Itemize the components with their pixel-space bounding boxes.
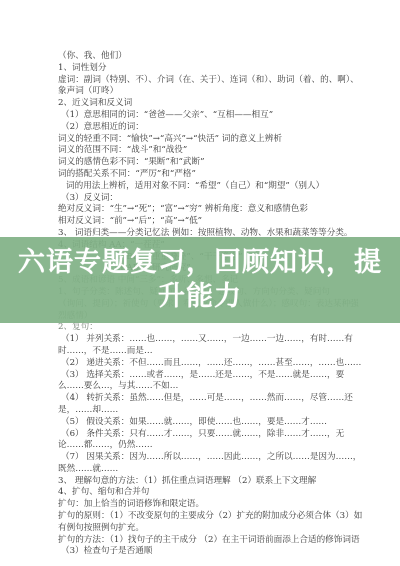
doc-line: 扩句的方法：（1）找句子的主干成分 （2）在主干词语前面添上合适的修饰词语 [58,535,353,547]
banner-title: 六语专题复习，回顾知识，提升能力 [5,246,395,314]
doc-line: 相对反义词：“前”→“后”；“高”→“低” [58,216,353,228]
doc-line: （3） 选择关系：……或者……，是……还是……，不是……就是……，要 [58,370,353,382]
doc-line: （2） 递进关系：不但……而且……，……还……，……甚至……，……也…… [58,358,353,370]
doc-line: 绝对反义词：“生”→“死”；“富”→“穷” 辨析角度：意义和感情色彩 [58,204,353,216]
doc-line: （4） 转折关系：虽然……但是，……可是……，……然而……，尽管……还 [58,393,353,405]
doc-line: （1） 并列关系：……也……，……又……，一边……一边……，有时……有 [58,334,353,346]
section-heading: 3、 理解句意的方法：（1）抓住重点词语理解 （2）联系上下文理解 [58,476,353,488]
section-heading: 2、复句： [58,322,353,334]
section-heading: 4、扩句、缩句和合并句 [58,487,353,499]
doc-line: 象声词（叮咚） [58,86,353,98]
doc-line: （3）反义词： [58,193,353,205]
section-heading: 1、词性划分 [58,63,353,75]
doc-line: （1）意思相同的词：“爸爸——父亲”、“互相——相互” [58,110,353,122]
doc-line: 虚词：副词（特别、不）、介词（在、关于）、连词（和）、助词（着、的、啊）、 [58,75,353,87]
doc-line: 是，……却…… [58,405,353,417]
doc-line: 词的用法上辨析，适用对象不同：“希望”（自己）和“期望”（别人） [58,181,353,193]
doc-line: 么……要么…，与其……不如… [58,381,353,393]
section-heading: 2、近义词和反义词 [58,98,353,110]
doc-line: （7） 因果关系：因为……所以……，……因此……，之所以……是因为……， [58,452,353,464]
doc-line: 词义的范围不同：“战斗”和“战役” [58,145,353,157]
doc-line: 有例句按照例句扩充。 [58,523,353,535]
doc-line: （3）检查句子是否通顺 [58,546,353,558]
doc-line: 论……都……，仍然…… [58,440,353,452]
doc-line: （6） 条件关系：只有……才……，只要……就……，除非……才……，无 [58,429,353,441]
doc-line: 扩句的原则：（1）不改变原句的主要成分（2）扩充的附加成分必须合体（3）如 [58,511,353,523]
doc-line: 词的搭配关系不同：“严厉”和“严格” [58,169,353,181]
doc-line: （你、我、他们） [58,51,353,63]
doc-line: 词义的感情色彩不同：“果断”和“武断” [58,157,353,169]
doc-line: （5） 假设关系：如果……就……，即使……也……，要是……才…… [58,417,353,429]
doc-line: 扩句：加上恰当的词语修饰和限定语。 [58,499,353,511]
title-banner: 六语专题复习，回顾知识，提升能力 [0,237,400,323]
doc-line: 时……，不是……而是… [58,346,353,358]
doc-line: 词义的轻重不同：“愉快”→“高兴”→“快活” 词的意义上辨析 [58,134,353,146]
doc-line: （2）意思相近的词： [58,122,353,134]
doc-line: 既然……就…… [58,464,353,476]
